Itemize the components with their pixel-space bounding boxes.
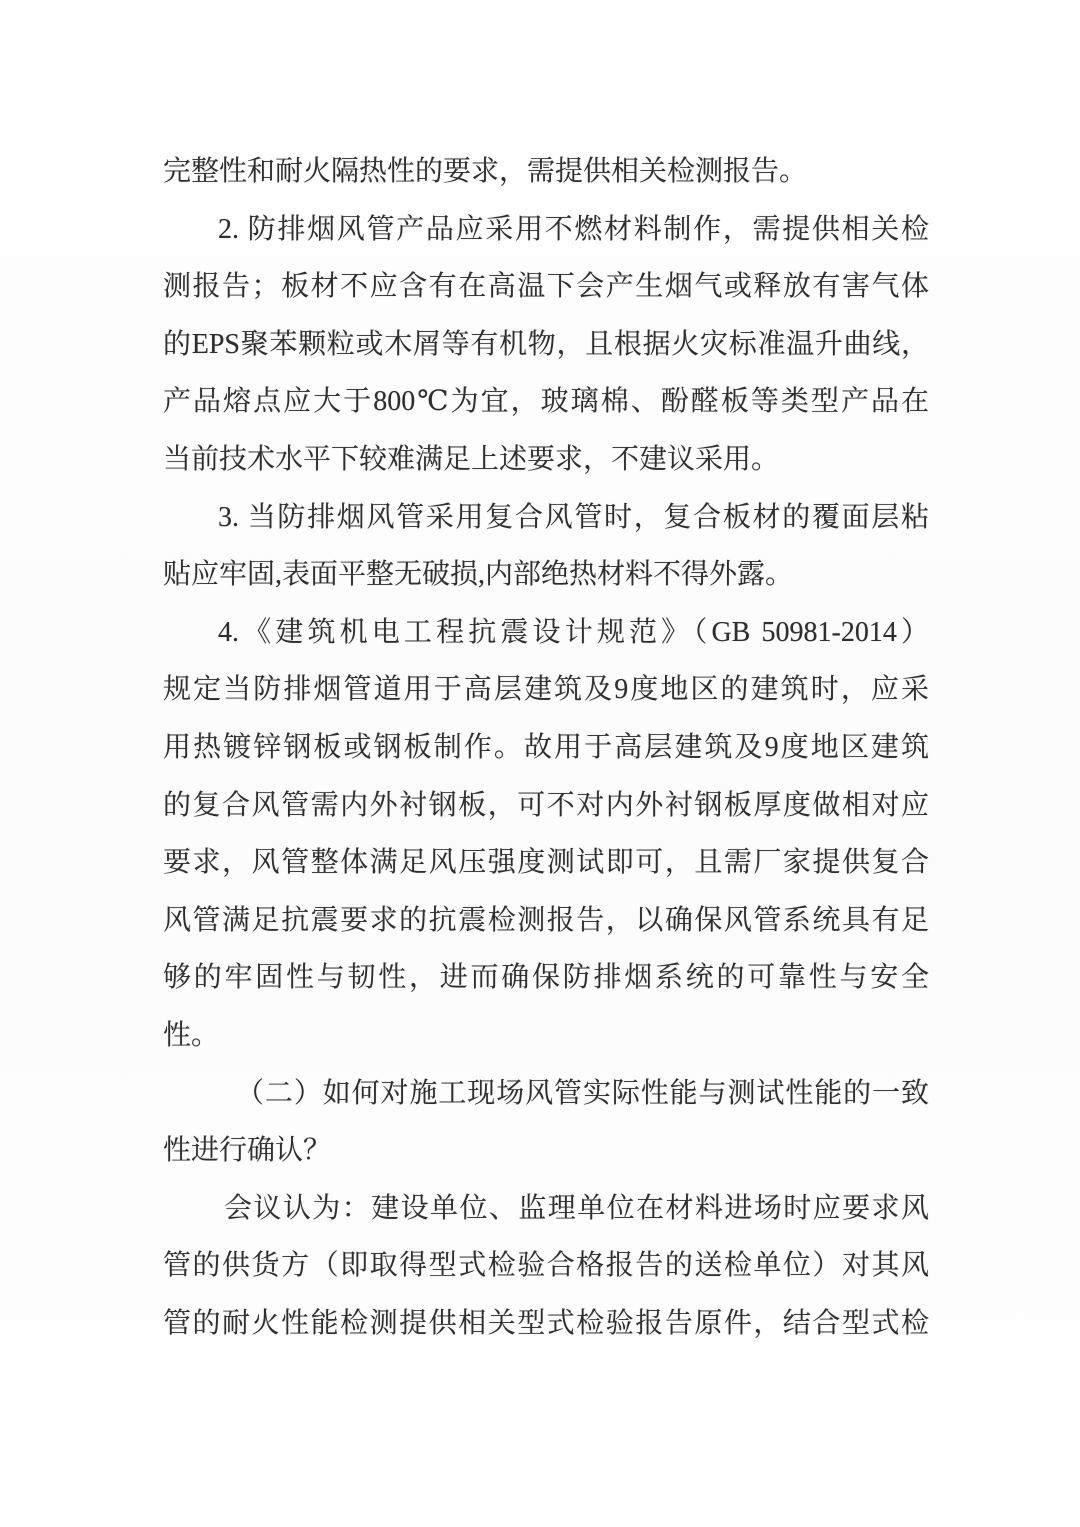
- document-line: 用热镀锌钢板或钢板制作。故用于高层建筑及9度地区建筑: [163, 719, 929, 777]
- document-line: 贴应牢固,表面平整无破损,内部绝热材料不得外露。: [163, 546, 929, 604]
- document-line: 性进行确认？: [163, 1122, 929, 1180]
- document-line: 当前技术水平下较难满足上述要求，不建议采用。: [163, 431, 929, 489]
- document-line: 够的牢固性与韧性，进而确保防排烟系统的可靠性与安全: [163, 949, 929, 1007]
- document-line: 测报告；板材不应含有在高温下会产生烟气或释放有害气体: [163, 258, 929, 316]
- document-line: （二）如何对施工现场风管实际性能与测试性能的一致: [163, 1065, 929, 1123]
- document-line: 的复合风管需内外衬钢板，可不对内外衬钢板厚度做相对应: [163, 777, 929, 835]
- document-line: 4.《建筑机电工程抗震设计规范》（GB 50981-2014）: [163, 604, 929, 662]
- document-line: 2. 防排烟风管产品应采用不燃材料制作，需提供相关检: [163, 201, 929, 259]
- document-line: 风管满足抗震要求的抗震检测报告，以确保风管系统具有足: [163, 892, 929, 950]
- document-page: 完整性和耐火隔热性的要求，需提供相关检测报告。 2. 防排烟风管产品应采用不燃材…: [0, 0, 1080, 1527]
- document-line: 要求，风管整体满足风压强度测试即可，且需厂家提供复合: [163, 834, 929, 892]
- document-line: 规定当防排烟管道用于高层建筑及9度地区的建筑时，应采: [163, 661, 929, 719]
- document-line: 产品熔点应大于800℃为宜，玻璃棉、酚醛板等类型产品在: [163, 373, 929, 431]
- document-line: 性。: [163, 1007, 929, 1065]
- document-line: 的EPS聚苯颗粒或木屑等有机物，且根据火灾标准温升曲线，: [163, 316, 929, 374]
- document-line: 完整性和耐火隔热性的要求，需提供相关检测报告。: [163, 143, 929, 201]
- document-line: 会议认为：建设单位、监理单位在材料进场时应要求风: [163, 1180, 929, 1238]
- document-line: 管的供货方（即取得型式检验合格报告的送检单位）对其风: [163, 1237, 929, 1295]
- document-body: 完整性和耐火隔热性的要求，需提供相关检测报告。 2. 防排烟风管产品应采用不燃材…: [163, 143, 929, 1352]
- document-line: 管的耐火性能检测提供相关型式检验报告原件，结合型式检: [163, 1295, 929, 1353]
- document-line: 3. 当防排烟风管采用复合风管时，复合板材的覆面层粘: [163, 489, 929, 547]
